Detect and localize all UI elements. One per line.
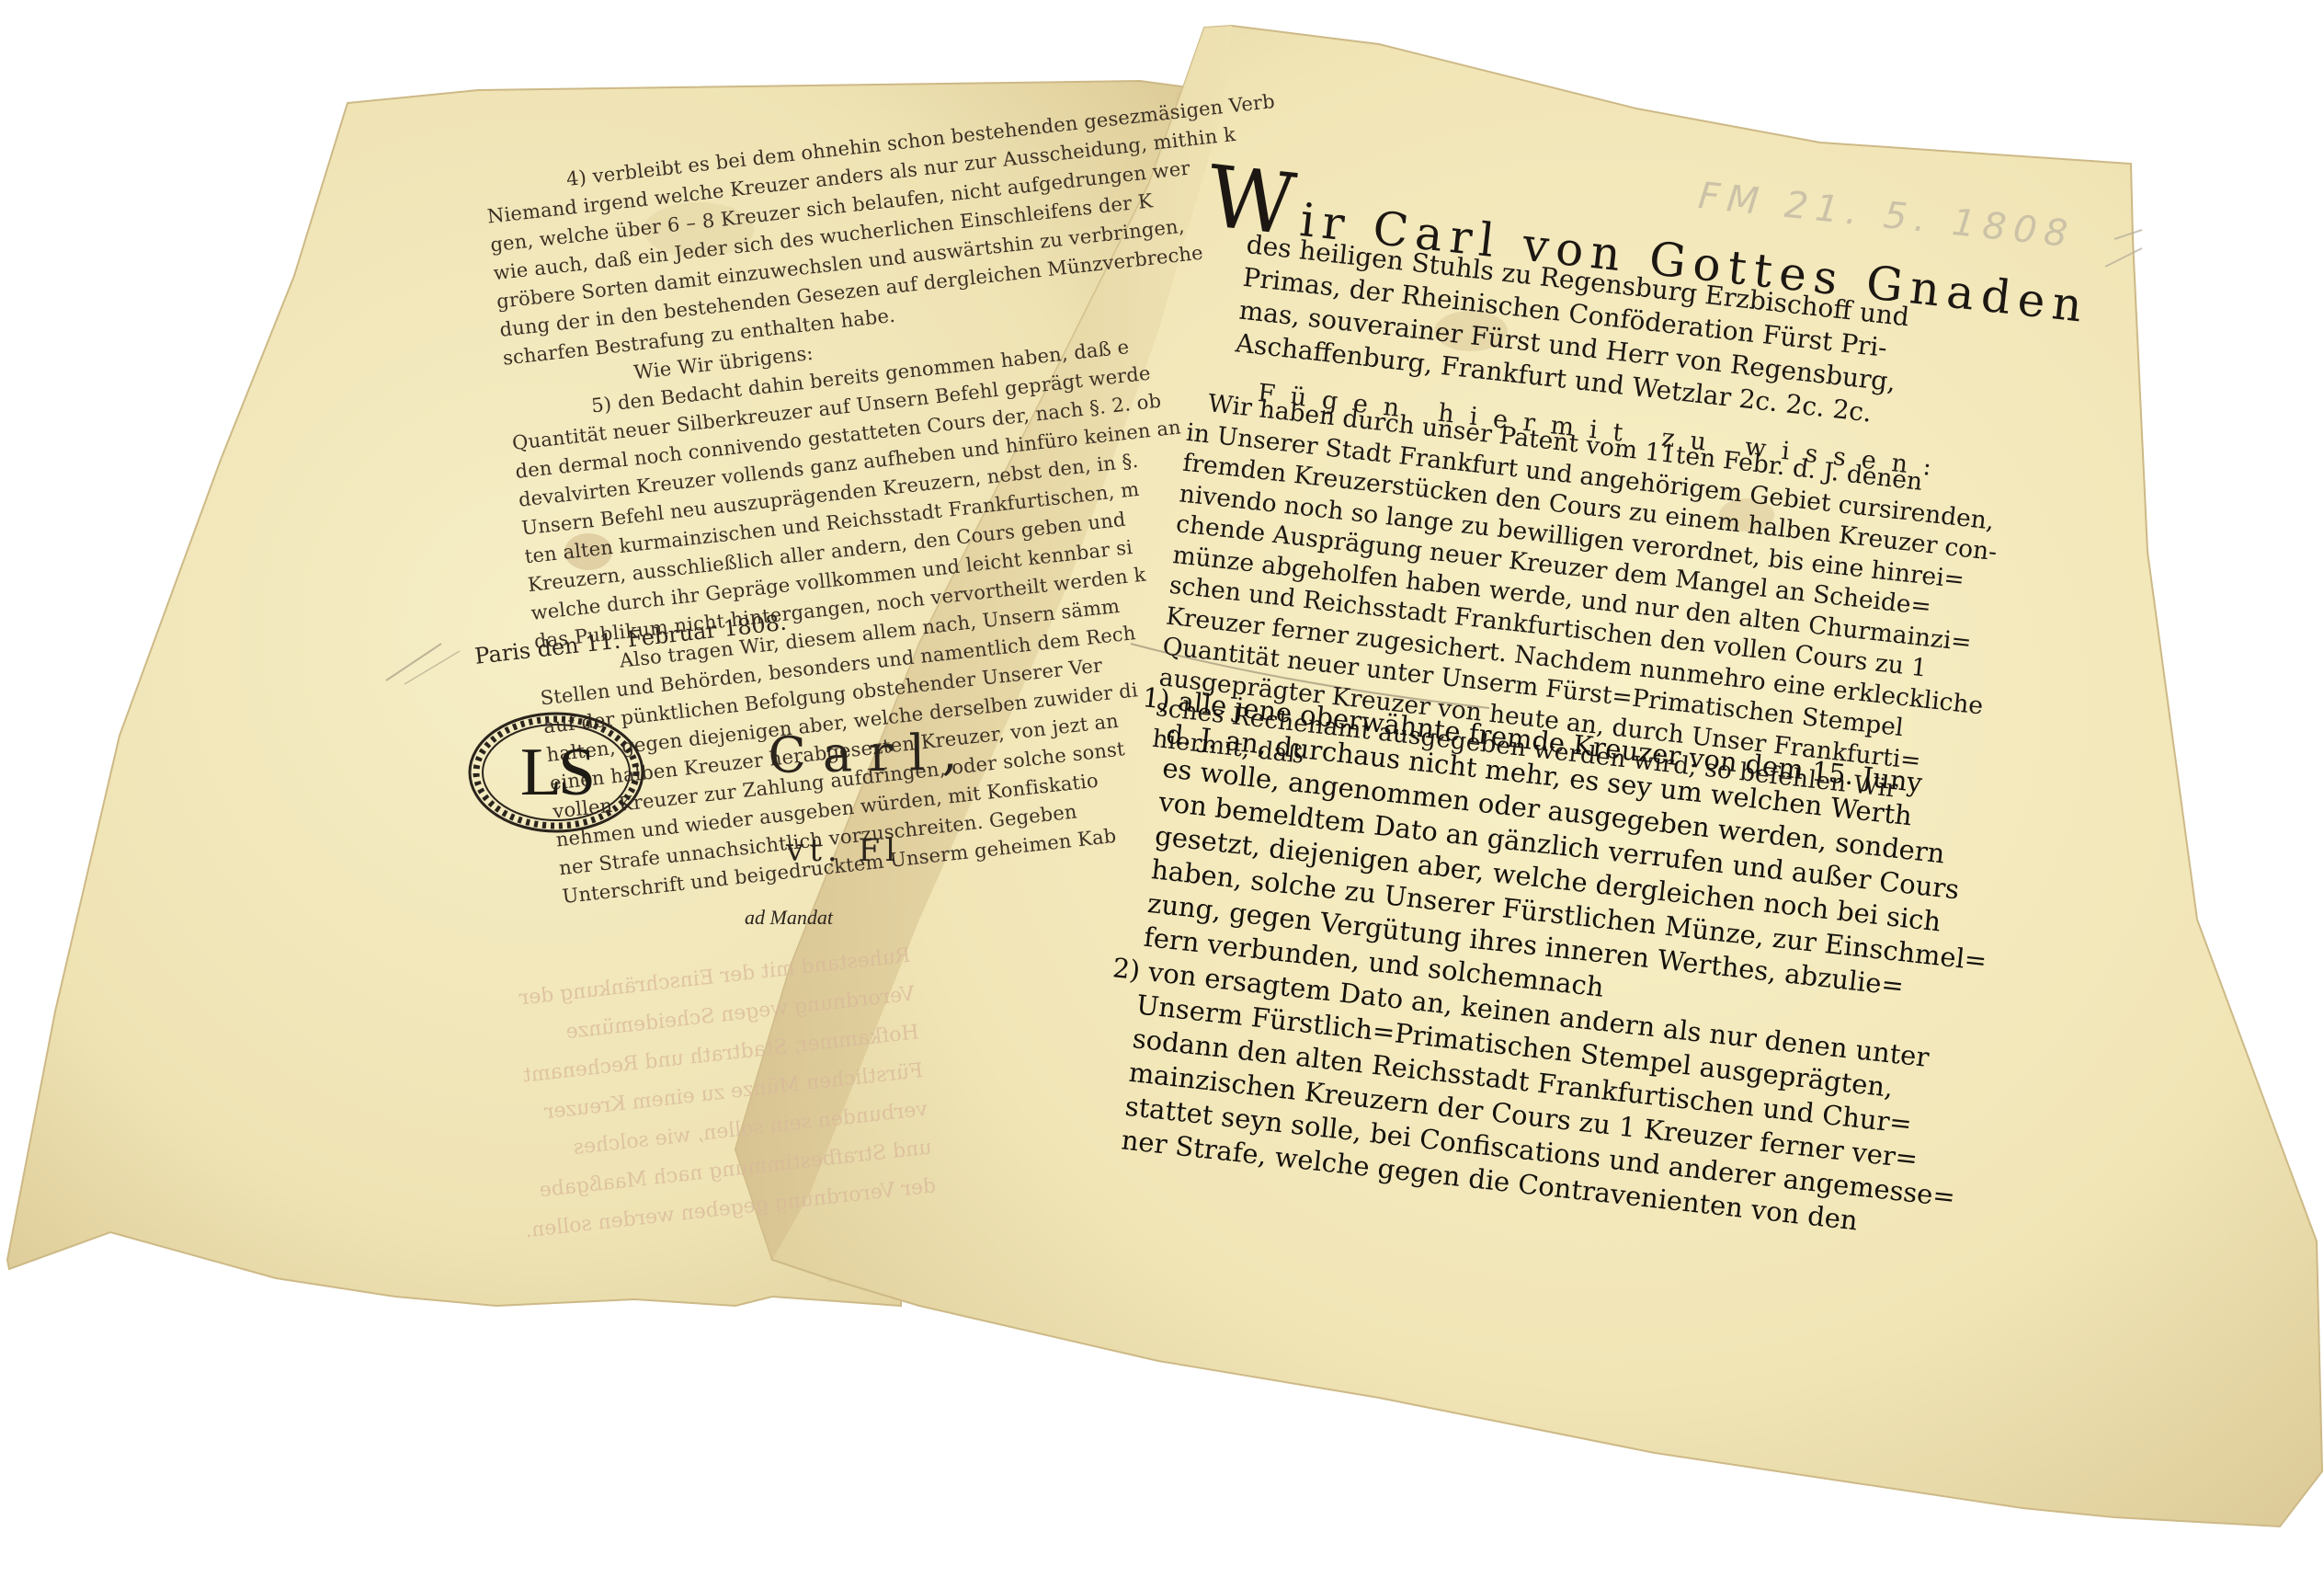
paper-background	[0, 0, 2324, 1589]
